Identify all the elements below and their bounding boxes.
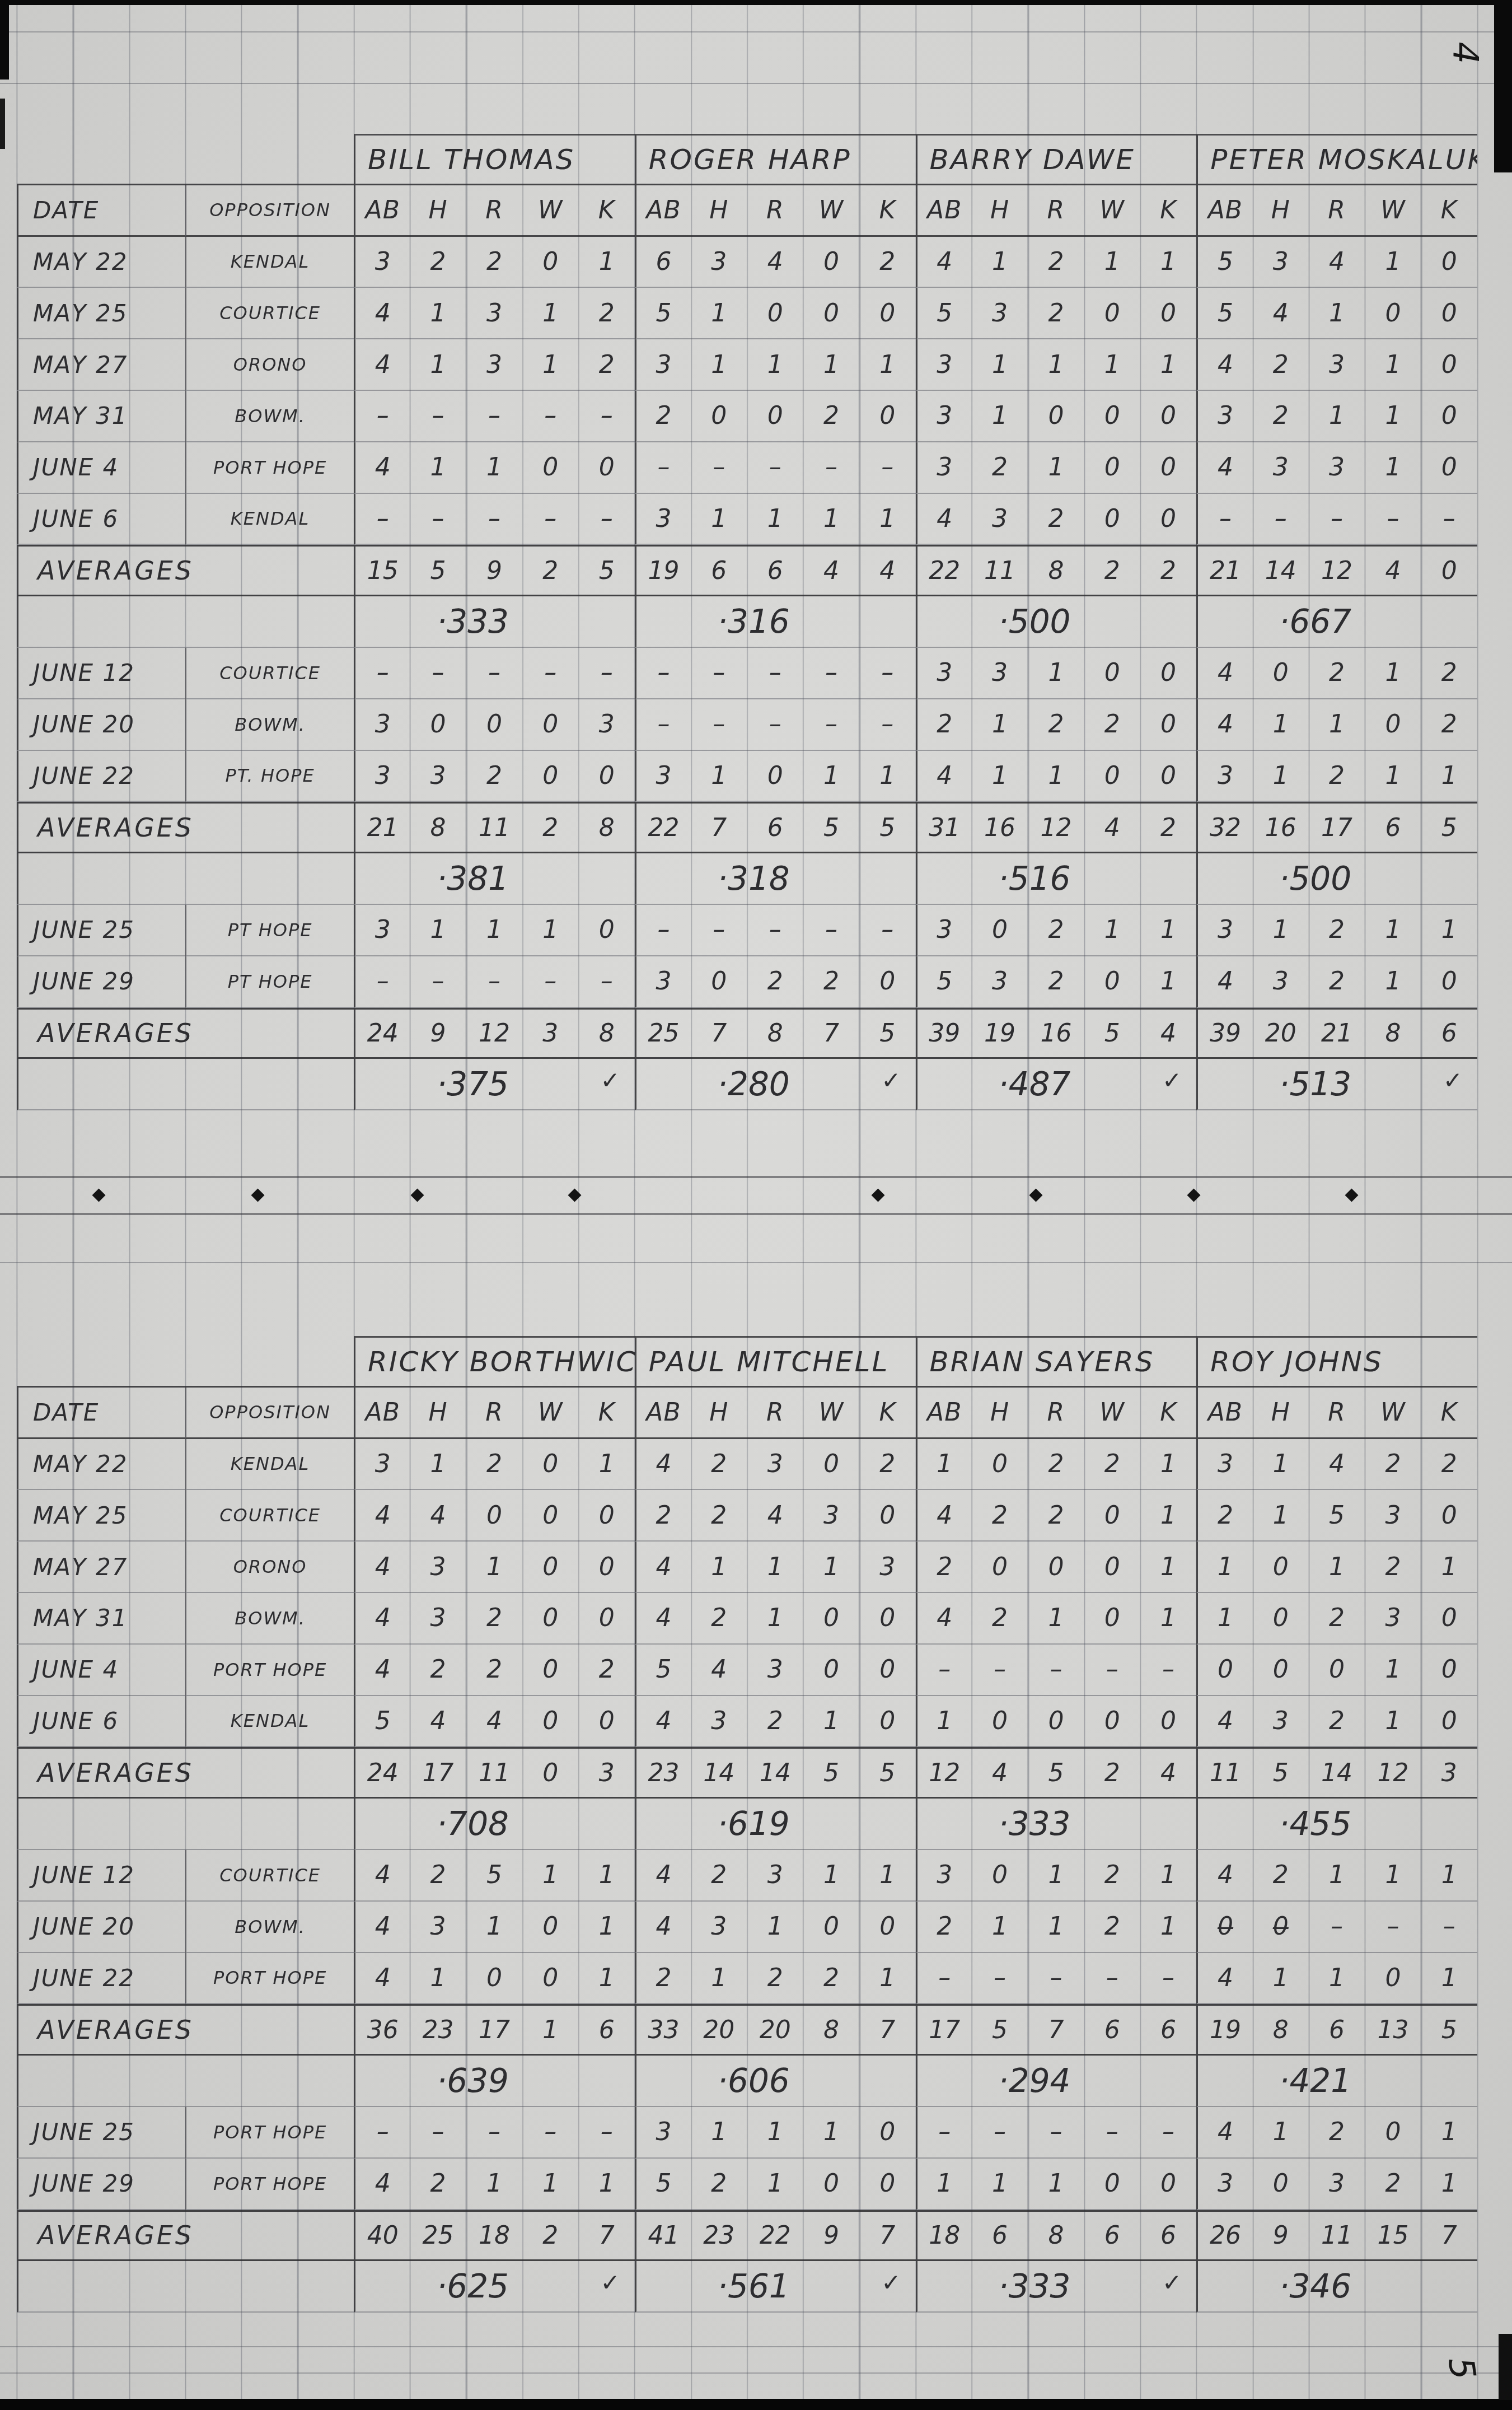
batting-average: ·421 — [1279, 2062, 1351, 2100]
stat-cell: 2 — [635, 391, 691, 442]
stat-cell: 0̶ — [1196, 1902, 1252, 1953]
batting-average: ·333 — [998, 2267, 1070, 2305]
stat-cell: 1 — [859, 1953, 915, 2005]
averages-stat-cell: 5 — [1421, 802, 1477, 853]
stat-cell: 1 — [691, 339, 747, 391]
stat-cell: 0 — [1253, 1542, 1309, 1593]
check-mark: ✓ — [1162, 1067, 1182, 1094]
stat-cell: 3 — [747, 1850, 803, 1902]
ledger-line — [0, 1262, 1512, 1263]
stat-cell: 1 — [972, 2159, 1028, 2210]
stat-cell: 0 — [522, 237, 578, 288]
batting-average-cell: ·346 — [1196, 2261, 1477, 2313]
stat-cell: – — [972, 1953, 1028, 2005]
averages-stat-cell: 4 — [972, 1747, 1028, 1799]
stat-cell: 3 — [747, 1645, 803, 1696]
stat-cell: 3 — [1253, 237, 1309, 288]
stat-cell: 3 — [972, 956, 1028, 1008]
stat-cell: 1 — [1140, 1593, 1196, 1645]
stat-cell: – — [1084, 1645, 1140, 1696]
stat-header-cell: R — [1028, 1388, 1084, 1439]
stat-cell: 4 — [1196, 2107, 1252, 2159]
stat-cell: 2 — [635, 1953, 691, 2005]
stat-header-cell: AB — [1196, 185, 1252, 237]
stat-cell: 3 — [972, 648, 1028, 699]
stat-cell: – — [635, 699, 691, 751]
stat-cell: 0 — [522, 1645, 578, 1696]
stat-cell: 3 — [635, 2107, 691, 2159]
stat-cell: 1 — [1140, 956, 1196, 1008]
date-cell: JUNE 25 — [17, 905, 185, 956]
averages-stat-cell: 8 — [1028, 545, 1084, 596]
averages-stat-cell: 24 — [354, 1747, 410, 1799]
averages-stat-cell: 17 — [466, 2004, 522, 2056]
scanned-ledger-page: 4 5 BILL THOMASROGER HARPBARRY DAWEPETER… — [0, 0, 1512, 2410]
stat-cell: – — [1028, 2107, 1084, 2159]
stat-cell: – — [859, 905, 915, 956]
stat-cell: – — [466, 2107, 522, 2159]
stat-cell: 1 — [578, 2159, 634, 2210]
stat-header-cell: H — [691, 185, 747, 237]
averages-label: AVERAGES — [17, 545, 354, 596]
scan-edge-right — [1494, 0, 1512, 172]
stat-cell: 0 — [747, 751, 803, 802]
averages-stat-cell: 12 — [1028, 802, 1084, 853]
stat-cell: – — [803, 648, 859, 699]
stat-cell: 1 — [1028, 751, 1084, 802]
stat-header-cell: R — [466, 1388, 522, 1439]
stat-cell: 0 — [1421, 237, 1477, 288]
stat-cell: 1 — [972, 1902, 1028, 1953]
stat-cell: – — [1309, 494, 1365, 545]
stat-cell: 4 — [1196, 1850, 1252, 1902]
pct-spacer — [17, 596, 354, 648]
stat-cell: 0 — [747, 288, 803, 339]
stat-header-cell: W — [803, 1388, 859, 1439]
stat-cell: 3 — [466, 339, 522, 391]
stat-cell: 1 — [1365, 1696, 1421, 1748]
stat-cell: 3 — [354, 751, 410, 802]
averages-stat-cell: 8 — [410, 802, 466, 853]
stat-cell: 3 — [354, 699, 410, 751]
averages-stat-cell: 11 — [1309, 2210, 1365, 2262]
stat-cell: 3 — [635, 751, 691, 802]
averages-stat-cell: 14 — [1309, 1747, 1365, 1799]
stat-cell: 0 — [972, 1542, 1028, 1593]
stat-cell: 2 — [1309, 751, 1365, 802]
stat-cell: 1 — [803, 339, 859, 391]
stat-cell: 1 — [578, 1439, 634, 1491]
averages-stat-cell: 25 — [635, 1008, 691, 1059]
stat-header-cell: AB — [354, 185, 410, 237]
stat-cell: 0 — [1421, 1645, 1477, 1696]
stat-cell: 1 — [410, 1439, 466, 1491]
stat-cell: 2 — [466, 751, 522, 802]
stat-cell: 4 — [635, 1850, 691, 1902]
stat-cell: 2 — [578, 1645, 634, 1696]
stat-cell: 0 — [691, 956, 747, 1008]
stat-cell: 0 — [859, 1490, 915, 1542]
stat-cell: 4 — [1196, 956, 1252, 1008]
stat-cell: 0 — [522, 442, 578, 494]
stat-header-cell: K — [859, 185, 915, 237]
stat-cell: 0 — [803, 1645, 859, 1696]
stat-header-cell: R — [466, 185, 522, 237]
stat-cell: 3 — [1309, 2159, 1365, 2210]
stat-cell: 0 — [1140, 699, 1196, 751]
batting-average: ·500 — [998, 602, 1070, 641]
stat-cell: 4 — [354, 1542, 410, 1593]
averages-stat-cell: 39 — [1196, 1008, 1252, 1059]
stat-cell: 3 — [1196, 905, 1252, 956]
averages-stat-cell: 23 — [410, 2004, 466, 2056]
date-cell: MAY 25 — [17, 288, 185, 339]
stat-cell: 3 — [1253, 1696, 1309, 1748]
stat-cell: 4 — [354, 288, 410, 339]
stat-header-cell: W — [1084, 185, 1140, 237]
stat-cell: – — [522, 2107, 578, 2159]
averages-stat-cell: 2 — [1140, 545, 1196, 596]
date-cell: MAY 25 — [17, 1490, 185, 1542]
opposition-cell: KENDAL — [185, 1696, 354, 1748]
stat-cell: 0 — [859, 391, 915, 442]
stat-cell: 2 — [410, 1645, 466, 1696]
stat-cell: 2 — [410, 2159, 466, 2210]
stats-table-1: BILL THOMASROGER HARPBARRY DAWEPETER MOS… — [17, 134, 1477, 1110]
stat-cell: 4 — [354, 339, 410, 391]
stat-cell: 0 — [1140, 442, 1196, 494]
stat-header-cell: K — [1421, 1388, 1477, 1439]
stat-cell: 1 — [522, 905, 578, 956]
stat-cell: 0 — [859, 956, 915, 1008]
ledger-line — [0, 2346, 1512, 2347]
stat-cell: 3 — [916, 648, 972, 699]
scan-edge-corner — [0, 0, 9, 80]
stat-cell: 4 — [354, 1902, 410, 1953]
batting-average-cell: ·318 — [635, 853, 916, 905]
averages-stat-cell: 12 — [1365, 1747, 1421, 1799]
stat-cell: 0 — [691, 391, 747, 442]
stat-cell: 0 — [522, 699, 578, 751]
stat-cell: 1 — [1140, 1902, 1196, 1953]
stat-cell: 0 — [803, 2159, 859, 2210]
stat-cell: 1 — [747, 1593, 803, 1645]
opposition-header: OPPOSITION — [185, 1388, 354, 1439]
stat-cell: – — [1365, 1902, 1421, 1953]
stat-cell: 1 — [1140, 1490, 1196, 1542]
stat-cell: 2 — [410, 237, 466, 288]
date-cell: JUNE 6 — [17, 1696, 185, 1748]
stat-cell: 0 — [1421, 288, 1477, 339]
batting-average: ·318 — [718, 860, 790, 898]
stat-cell: 4 — [635, 1439, 691, 1491]
stat-cell: 1 — [1309, 288, 1365, 339]
stat-cell: 6 — [635, 237, 691, 288]
stat-cell: 3 — [635, 494, 691, 545]
stat-cell: 1 — [803, 1542, 859, 1593]
stat-cell: 2 — [466, 1439, 522, 1491]
stat-cell: 4 — [1196, 339, 1252, 391]
stat-cell: 2 — [803, 956, 859, 1008]
opposition-cell: KENDAL — [185, 1439, 354, 1491]
stat-cell: 1 — [1028, 339, 1084, 391]
stat-cell: 0 — [1421, 391, 1477, 442]
stat-cell: 1 — [522, 288, 578, 339]
stat-cell: – — [859, 648, 915, 699]
averages-stat-cell: 16 — [1253, 802, 1309, 853]
stat-cell: 1 — [410, 905, 466, 956]
stat-cell: – — [466, 956, 522, 1008]
batting-average: ·381 — [437, 860, 509, 898]
stat-cell: 1 — [1365, 956, 1421, 1008]
stat-cell: 0 — [803, 1439, 859, 1491]
stat-cell: – — [1140, 1645, 1196, 1696]
averages-stat-cell: 2 — [1084, 545, 1140, 596]
stat-cell: 1 — [1421, 751, 1477, 802]
date-cell: JUNE 20 — [17, 1902, 185, 1953]
averages-stat-cell: 6 — [747, 802, 803, 853]
stat-cell: 1 — [1140, 237, 1196, 288]
stat-cell: 0 — [803, 288, 859, 339]
pct-spacer — [17, 1059, 354, 1110]
stat-header-cell: K — [1140, 185, 1196, 237]
averages-stat-cell: 21 — [1309, 1008, 1365, 1059]
averages-label: AVERAGES — [17, 802, 354, 853]
averages-stat-cell: 5 — [859, 1747, 915, 1799]
averages-stat-cell: 7 — [1421, 2210, 1477, 2262]
averages-stat-cell: 3 — [1421, 1747, 1477, 1799]
averages-stat-cell: 32 — [1196, 802, 1252, 853]
stat-cell: – — [1196, 494, 1252, 545]
stat-cell: – — [972, 2107, 1028, 2159]
ledger-line — [0, 2372, 1512, 2374]
averages-stat-cell: 4 — [859, 545, 915, 596]
stat-cell: 1 — [972, 391, 1028, 442]
stat-cell: – — [354, 391, 410, 442]
averages-stat-cell: 5 — [803, 802, 859, 853]
stat-cell: 0 — [466, 699, 522, 751]
stat-cell: 1 — [1365, 237, 1421, 288]
averages-stat-cell: 5 — [859, 1008, 915, 1059]
averages-stat-cell: 7 — [691, 802, 747, 853]
stat-cell: 0 — [522, 1439, 578, 1491]
stat-cell: – — [859, 442, 915, 494]
stat-cell: 1 — [747, 2107, 803, 2159]
stat-cell: 1 — [1028, 648, 1084, 699]
opposition-cell: COURTICE — [185, 288, 354, 339]
stat-cell: – — [1140, 2107, 1196, 2159]
stat-cell: 4 — [1309, 237, 1365, 288]
stat-cell: 2 — [972, 1593, 1028, 1645]
batting-average-cell: ·500 — [1196, 853, 1477, 905]
stat-cell: 1 — [803, 751, 859, 802]
stat-cell: – — [354, 956, 410, 1008]
batting-average: ·513 — [1279, 1065, 1351, 1103]
staple-mark — [1187, 1188, 1200, 1202]
stat-cell: – — [972, 1645, 1028, 1696]
opposition-cell: BOWM. — [185, 1593, 354, 1645]
stat-cell: 1 — [1365, 442, 1421, 494]
stat-cell: 2 — [1084, 699, 1140, 751]
stat-cell: 1 — [1365, 1850, 1421, 1902]
stat-header-cell: K — [578, 185, 634, 237]
stat-cell: 0 — [747, 391, 803, 442]
averages-stat-cell: 5 — [1421, 2004, 1477, 2056]
stat-cell: 1 — [1309, 391, 1365, 442]
stat-cell: 1 — [466, 442, 522, 494]
stat-cell: 0 — [522, 1953, 578, 2005]
stat-cell: 4 — [1196, 648, 1252, 699]
stat-cell: – — [522, 648, 578, 699]
stat-header-cell: H — [1253, 1388, 1309, 1439]
averages-stat-cell: 7 — [1028, 2004, 1084, 2056]
batting-average-cell: ·606 — [635, 2056, 916, 2107]
averages-stat-cell: 2 — [522, 545, 578, 596]
date-cell: MAY 22 — [17, 1439, 185, 1491]
stat-cell: 1 — [1421, 1953, 1477, 2005]
stat-cell: 3 — [1196, 1439, 1252, 1491]
averages-stat-cell: 6 — [1421, 1008, 1477, 1059]
batting-average-cell: ·516 — [916, 853, 1197, 905]
stat-cell: 3 — [916, 1850, 972, 1902]
averages-stat-cell: 19 — [972, 1008, 1028, 1059]
ledger-line — [0, 1213, 1512, 1215]
averages-stat-cell: 5 — [1253, 1747, 1309, 1799]
scan-edge-top — [0, 0, 1512, 5]
stat-cell: 2 — [1309, 956, 1365, 1008]
stat-cell: – — [803, 442, 859, 494]
stat-cell: 1 — [1253, 1439, 1309, 1491]
stat-cell: 0 — [1421, 956, 1477, 1008]
stat-cell: 0 — [1421, 442, 1477, 494]
stat-cell: 1 — [747, 339, 803, 391]
stat-cell: 3 — [1253, 956, 1309, 1008]
averages-stat-cell: 24 — [354, 1008, 410, 1059]
pct-spacer — [17, 853, 354, 905]
stat-cell: 3 — [354, 1439, 410, 1491]
batting-average-cell: ·333 — [916, 1799, 1197, 1850]
stat-cell: 2 — [1028, 1439, 1084, 1491]
stat-cell: 0 — [1028, 391, 1084, 442]
stat-cell: 4 — [1309, 1439, 1365, 1491]
stat-cell: 0 — [522, 1902, 578, 1953]
stat-cell: – — [916, 1645, 972, 1696]
stat-header-cell: W — [1084, 1388, 1140, 1439]
stat-cell: 0 — [1421, 339, 1477, 391]
stat-cell: 0 — [1084, 648, 1140, 699]
stat-cell: 1 — [1421, 905, 1477, 956]
stat-cell: 1 — [1309, 1953, 1365, 2005]
averages-stat-cell: 36 — [354, 2004, 410, 2056]
averages-stat-cell: 7 — [578, 2210, 634, 2262]
date-cell: MAY 22 — [17, 237, 185, 288]
stat-cell: 3 — [859, 1542, 915, 1593]
stat-cell: 2 — [691, 1490, 747, 1542]
stat-cell: 2 — [1084, 1850, 1140, 1902]
check-mark: ✓ — [1162, 2269, 1182, 2296]
stat-cell: 3 — [1309, 442, 1365, 494]
stat-cell: 1 — [410, 442, 466, 494]
averages-stat-cell: 9 — [410, 1008, 466, 1059]
averages-stat-cell: 14 — [1253, 545, 1309, 596]
averages-stat-cell: 22 — [916, 545, 972, 596]
stat-cell: 4 — [354, 1593, 410, 1645]
stat-cell: 0 — [803, 1902, 859, 1953]
batting-average: ·708 — [437, 1805, 509, 1843]
stat-cell: 1 — [859, 339, 915, 391]
stat-cell: – — [747, 442, 803, 494]
averages-stat-cell: 6 — [1140, 2004, 1196, 2056]
stat-cell: 1 — [972, 339, 1028, 391]
stat-cell: 0 — [859, 1902, 915, 1953]
stat-cell: 0 — [522, 751, 578, 802]
averages-stat-cell: 40 — [354, 2210, 410, 2262]
stat-cell: 4 — [635, 1902, 691, 1953]
stat-cell: 2 — [1253, 1850, 1309, 1902]
stat-cell: 3 — [1253, 442, 1309, 494]
batting-average: ·667 — [1279, 602, 1351, 641]
stat-cell: 1 — [1028, 1593, 1084, 1645]
stat-cell: – — [578, 391, 634, 442]
check-mark: ✓ — [601, 2269, 620, 2296]
date-cell: JUNE 29 — [17, 956, 185, 1008]
averages-stat-cell: 39 — [916, 1008, 972, 1059]
averages-stat-cell: 3 — [522, 1008, 578, 1059]
stat-cell: 2 — [916, 1902, 972, 1953]
stat-cell: 1 — [803, 1696, 859, 1748]
player-name: RICKY BORTHWICK — [354, 1336, 635, 1388]
stat-cell: 4 — [354, 2159, 410, 2210]
stat-cell: 0 — [522, 1696, 578, 1748]
player-name: ROY JOHNS — [1196, 1336, 1477, 1388]
stat-cell: 0 — [1421, 1696, 1477, 1748]
date-cell: JUNE 4 — [17, 1645, 185, 1696]
averages-stat-cell: 16 — [1028, 1008, 1084, 1059]
stat-cell: 0 — [1084, 956, 1140, 1008]
batting-average: ·316 — [718, 602, 790, 641]
stat-header-cell: R — [747, 185, 803, 237]
pct-spacer — [17, 1799, 354, 1850]
stat-cell: 1 — [1084, 237, 1140, 288]
stat-cell: 3 — [916, 339, 972, 391]
stat-cell: 0 — [1084, 1490, 1140, 1542]
staple-mark — [568, 1188, 581, 1202]
stat-cell: 2 — [1028, 699, 1084, 751]
batting-average: ·500 — [1279, 860, 1351, 898]
stat-cell: 3 — [691, 1696, 747, 1748]
stat-cell: 1 — [1365, 648, 1421, 699]
stat-header-cell: H — [691, 1388, 747, 1439]
batting-average-cell: ·639 — [354, 2056, 635, 2107]
opposition-cell: BOWM. — [185, 1902, 354, 1953]
opposition-cell: ORONO — [185, 339, 354, 391]
stat-cell: – — [1421, 1902, 1477, 1953]
stat-cell: 5 — [916, 288, 972, 339]
opposition-cell: COURTICE — [185, 648, 354, 699]
stat-cell: 0 — [1140, 391, 1196, 442]
stat-cell: 0 — [578, 1593, 634, 1645]
stat-cell: 1 — [859, 751, 915, 802]
stat-cell: – — [410, 391, 466, 442]
batting-average-cell: ·381 — [354, 853, 635, 905]
stat-cell: 5 — [1309, 1490, 1365, 1542]
averages-stat-cell: 7 — [859, 2210, 915, 2262]
stat-cell: 1 — [1365, 339, 1421, 391]
batting-average: ·625 — [437, 2267, 509, 2305]
averages-stat-cell: 8 — [578, 802, 634, 853]
stat-cell: 4 — [466, 1696, 522, 1748]
stat-cell: – — [691, 905, 747, 956]
